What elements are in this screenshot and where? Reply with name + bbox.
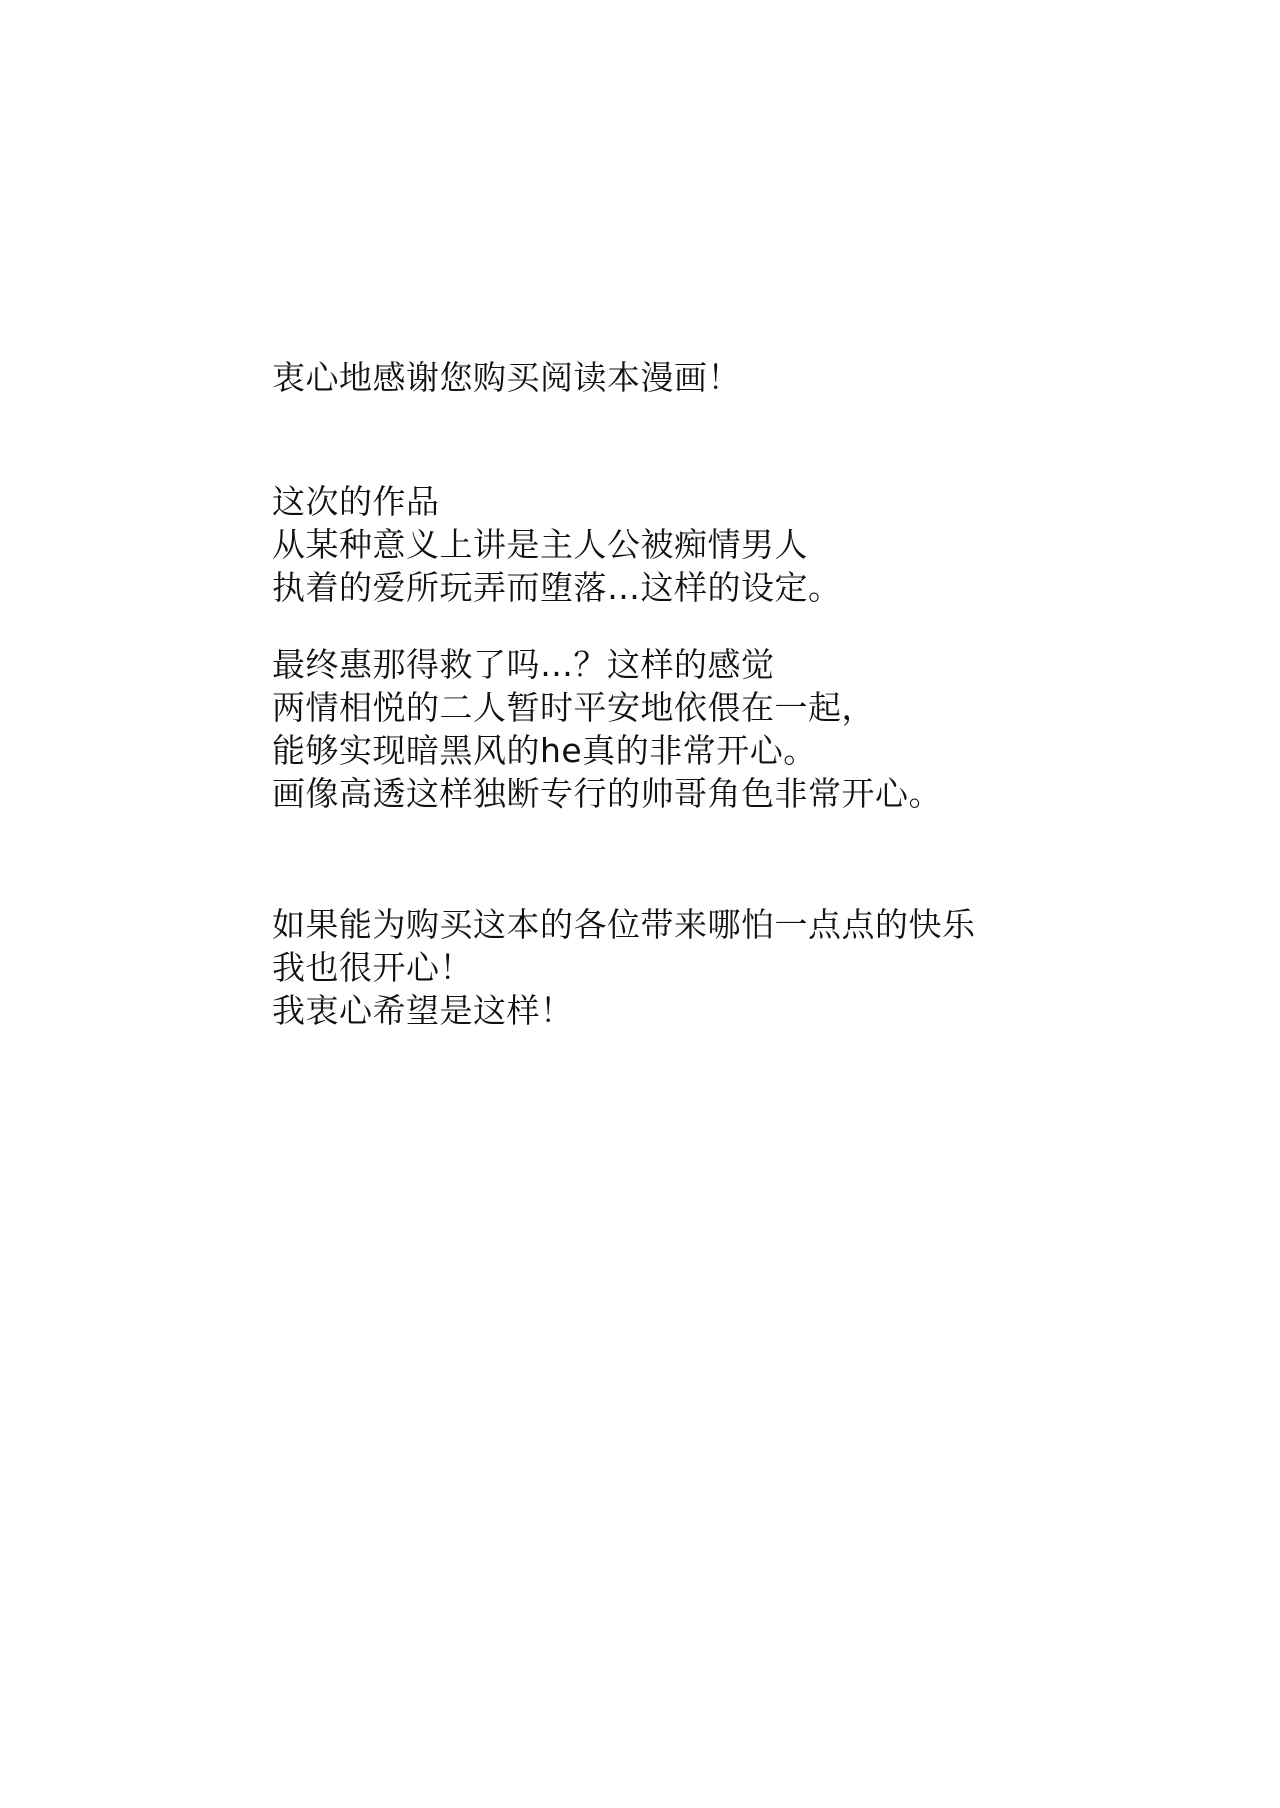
text-line: 我也很开心！ bbox=[272, 948, 473, 988]
afterword-page: 衷心地感谢您购买阅读本漫画！ 这次的作品 从某种意义上讲是主人公被痴情男人 执着… bbox=[0, 0, 1280, 1808]
text-line: 我衷心希望是这样！ bbox=[272, 991, 574, 1031]
text-line: 如果能为购买这本的各位带来哪怕一点点的快乐 bbox=[272, 905, 976, 945]
text-line: 两情相悦的二人暂时平安地依偎在一起， bbox=[272, 688, 875, 728]
text-line: 能够实现暗黑风的he真的非常开心。 bbox=[272, 731, 817, 771]
text-line: 这次的作品 bbox=[272, 482, 440, 522]
text-line: 画像高透这样独断专行的帅哥角色非常开心。 bbox=[272, 774, 942, 814]
text-line: 执着的爱所玩弄而堕落…这样的设定。 bbox=[272, 568, 842, 608]
text-line: 衷心地感谢您购买阅读本漫画！ bbox=[272, 358, 741, 398]
text-line: 最终惠那得救了吗…？这样的感觉 bbox=[272, 645, 775, 685]
text-line: 从某种意义上讲是主人公被痴情男人 bbox=[272, 525, 808, 565]
